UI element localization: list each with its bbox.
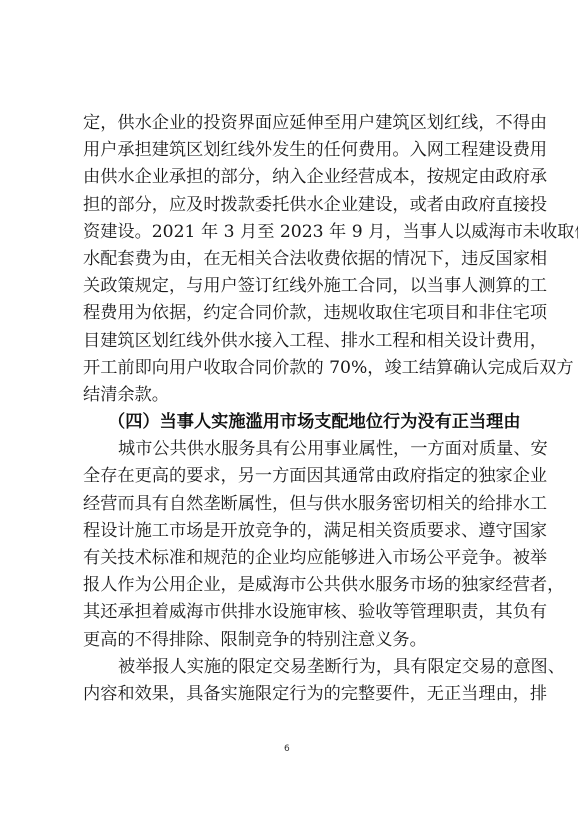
text-line: 有关技术标准和规范的企业均应能够进入市场公平竞争。被举: [83, 545, 498, 572]
text-line: 经营而具有自然垄断属性，但与供水服务密切相关的给排水工: [83, 491, 498, 518]
text-line: 定，供水企业的投资界面应延伸至用户建筑区划红线，不得由: [83, 110, 498, 137]
text-line: 担的部分，应及时拨款委托供水企业建设，或者由政府直接投: [83, 192, 498, 219]
text-line: 报人作为公用企业，是威海市公共供水服务市场的独家经营者，: [83, 572, 498, 599]
text-line: 被举报人实施的限定交易垄断行为，具有限定交易的意图、: [83, 654, 498, 681]
text-line: 程设计施工市场是开放竞争的，满足相关资质要求、遵守国家: [83, 518, 498, 545]
text-line: 开工前即向用户收取合同价款的 70%，竣工结算确认完成后双方: [83, 355, 498, 382]
text-line: 由供水企业承担的部分，纳入企业经营成本，按规定由政府承: [83, 164, 498, 191]
text-line: 资建设。2021 年 3 月至 2023 年 9 月，当事人以威海市未收取供: [83, 219, 498, 246]
text-line: 结清余款。: [83, 382, 498, 409]
paragraph-continuation: 定，供水企业的投资界面应延伸至用户建筑区划红线，不得由 用户承担建筑区划红线外发…: [83, 110, 498, 409]
section-heading: （四）当事人实施滥用市场支配地位行为没有正当理由: [83, 409, 498, 436]
text-line: 更高的不得排除、限制竞争的特别注意义务。: [83, 627, 498, 654]
text-line: 城市公共供水服务具有公用事业属性，一方面对质量、安: [83, 436, 498, 463]
paragraph-restricted-trading: 被举报人实施的限定交易垄断行为，具有限定交易的意图、 内容和效果，具备实施限定行…: [83, 654, 498, 708]
text-line: 水配套费为由，在无相关合法收费依据的情况下，违反国家相: [83, 246, 498, 273]
text-line: 内容和效果，具备实施限定行为的完整要件，无正当理由，排: [83, 681, 498, 708]
paragraph-public-water-supply: 城市公共供水服务具有公用事业属性，一方面对质量、安 全存在更高的要求，另一方面因…: [83, 436, 498, 654]
text-line: 关政策规定，与用户签订红线外施工合同，以当事人测算的工: [83, 273, 498, 300]
text-line: 全存在更高的要求，另一方面因其通常由政府指定的独家企业: [83, 463, 498, 490]
document-page: 定，供水企业的投资界面应延伸至用户建筑区划红线，不得由 用户承担建筑区划红线外发…: [83, 110, 498, 708]
text-line: 其还承担着威海市供排水设施审核、验收等管理职责，其负有: [83, 599, 498, 626]
text-line: 程费用为依据，约定合同价款，违规收取住宅项目和非住宅项: [83, 300, 498, 327]
page-number: 6: [284, 744, 290, 754]
text-line: 目建筑区划红线外供水接入工程、排水工程和相关设计费用，: [83, 328, 498, 355]
text-line: 用户承担建筑区划红线外发生的任何费用。入网工程建设费用: [83, 137, 498, 164]
